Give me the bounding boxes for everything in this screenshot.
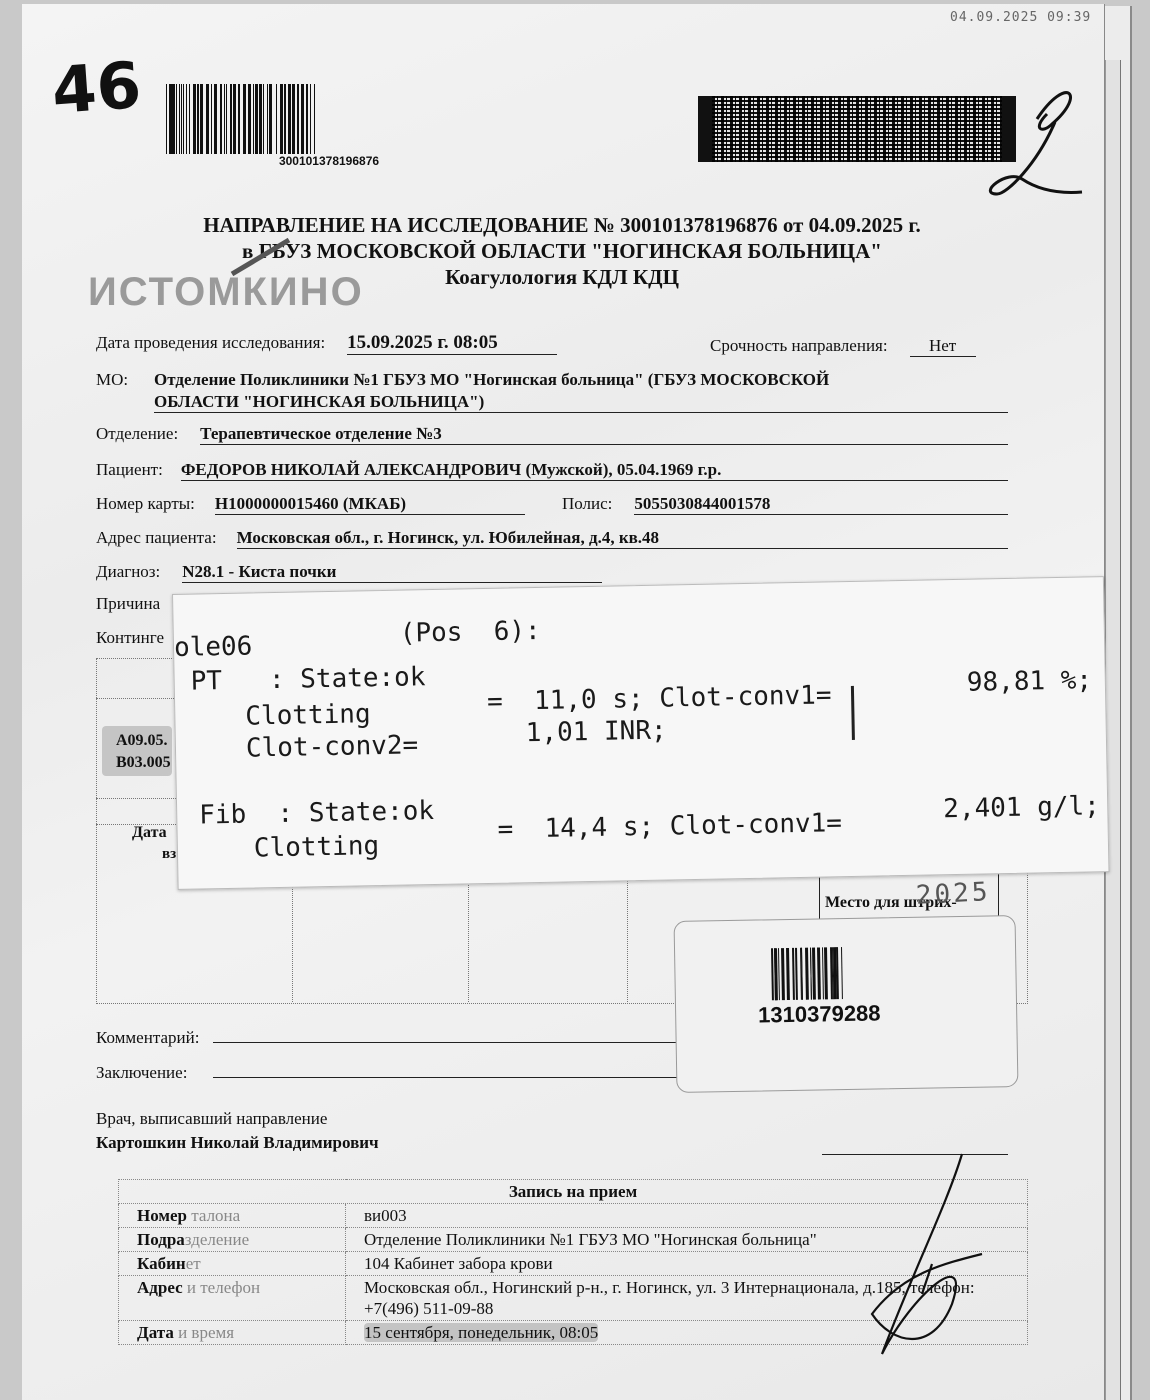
fibrinogen-value: 2,401 g/l; — [943, 791, 1100, 824]
service-code-2: B03.005 — [116, 754, 171, 772]
position: (Pos 6): — [400, 616, 541, 649]
urgency-row: Срочность направления: Нет — [710, 336, 976, 357]
header-line2: в ГБУЗ МОСКОВСКОЙ ОБЛАСТИ "НОГИНСКАЯ БОЛ… — [82, 238, 1042, 264]
underlying-sheet-edge — [1105, 60, 1121, 1400]
diagnosis-value: N28.1 - Киста почки — [182, 562, 602, 583]
fib-clotting-label: Clotting — [254, 831, 380, 863]
barcode-bars — [167, 84, 491, 154]
card-row: Номер карты: Н1000000015460 (МКАБ) — [96, 494, 525, 515]
urgency-label: Срочность направления: — [710, 336, 888, 356]
policy-row: Полис: 5055030844001578 — [562, 494, 1008, 515]
print-timestamp: 04.09.2025 09:39 — [950, 10, 1091, 25]
header-line1: НАПРАВЛЕНИЕ НА ИССЛЕДОВАНИЕ № 3001013781… — [82, 212, 1042, 238]
pt-inr: 1,01 INR; — [525, 716, 666, 749]
comment-label: Комментарий: — [96, 1028, 199, 1048]
contingent-label: Континге — [96, 628, 164, 648]
patient-label: Пациент: — [96, 460, 163, 480]
address-value: Московская обл., г. Ногинск, ул. Юбилейн… — [237, 528, 1008, 549]
department-label: Отделение: — [96, 424, 178, 444]
sample-barcode-sticker: 1310379288 — [674, 915, 1019, 1093]
location-stamp: ИСТОМКИНО — [88, 270, 364, 315]
address-label: Адрес пациента: — [96, 528, 217, 548]
department-row: Отделение: Терапевтическое отделение №3 — [96, 424, 1008, 445]
sticker-number: 1310379288 — [758, 1000, 881, 1028]
patient-row: Пациент: ФЕДОРОВ НИКОЛАЙ АЛЕКСАНДРОВИЧ (… — [96, 460, 1008, 481]
pt-state: PT : State:ok — [190, 662, 425, 697]
study-date-row: Дата проведения исследования: 15.09.2025… — [96, 332, 557, 355]
card-value: Н1000000015460 (МКАБ) — [215, 494, 525, 515]
pt-conv2-label: Clot-conv2= — [246, 730, 419, 763]
policy-value: 5055030844001578 — [634, 494, 1008, 515]
fib-state: Fib : State:ok — [199, 796, 434, 831]
analyzer-printout: ole06 (Pos 6): PT : State:ok Clotting = … — [172, 576, 1110, 890]
urgency-value: Нет — [910, 336, 976, 357]
patient-value: ФЕДОРОВ НИКОЛАЙ АЛЕКСАНДРОВИЧ (Мужской),… — [181, 460, 1008, 481]
address-row: Адрес пациента: Московская обл., г. Ноги… — [96, 528, 1008, 549]
top-barcode: 300101378196876 — [167, 84, 491, 168]
pt-percent: 98,81 %; — [967, 665, 1093, 697]
department-value: Терапевтическое отделение №3 — [200, 424, 1008, 445]
date-header-partial-2: вз — [162, 846, 176, 863]
sticker-barcode-bars — [771, 945, 940, 1000]
doctor-name: Картошкин Николай Владимирович — [96, 1133, 379, 1153]
doctor-signature — [852, 1144, 992, 1374]
mo-value-line1: Отделение Поликлиники №1 ГБУЗ МО "Ногинс… — [154, 370, 829, 390]
service-code-1: A09.05. — [116, 732, 168, 750]
diagnosis-label: Диагноз: — [96, 562, 160, 582]
date-header-partial: Дата — [132, 824, 167, 842]
reason-label: Причина — [96, 594, 160, 614]
conclusion-label: Заключение: — [96, 1063, 187, 1083]
study-date-value: 15.09.2025 г. 08:05 — [347, 332, 557, 355]
doctor-label: Врач, выписавший направление — [96, 1109, 327, 1129]
pen-strike-mark — [227, 234, 297, 279]
fib-clotting-value: = 14,4 s; Clot-conv1= — [497, 808, 842, 845]
pt-clotting-value: = 11,0 s; Clot-conv1= — [487, 680, 832, 717]
pt-clotting-label: Clotting — [245, 699, 371, 731]
barcode-number: 300101378196876 — [167, 154, 491, 168]
handwritten-sheet-mark — [977, 84, 1087, 204]
policy-label: Полис: — [562, 494, 612, 514]
pdf417-barcode — [698, 96, 1016, 162]
mo-label: МО: — [96, 370, 128, 390]
card-label: Номер карты: — [96, 494, 195, 514]
handwritten-page-number: 46 — [50, 49, 144, 129]
study-date-label: Дата проведения исследования: — [96, 333, 325, 353]
mo-value-line2: ОБЛАСТИ "НОГИНСКАЯ БОЛЬНИЦА") — [154, 392, 1008, 413]
diagnosis-row: Диагноз: N28.1 - Киста почки — [96, 562, 602, 583]
sample-id: ole06 — [174, 631, 253, 662]
